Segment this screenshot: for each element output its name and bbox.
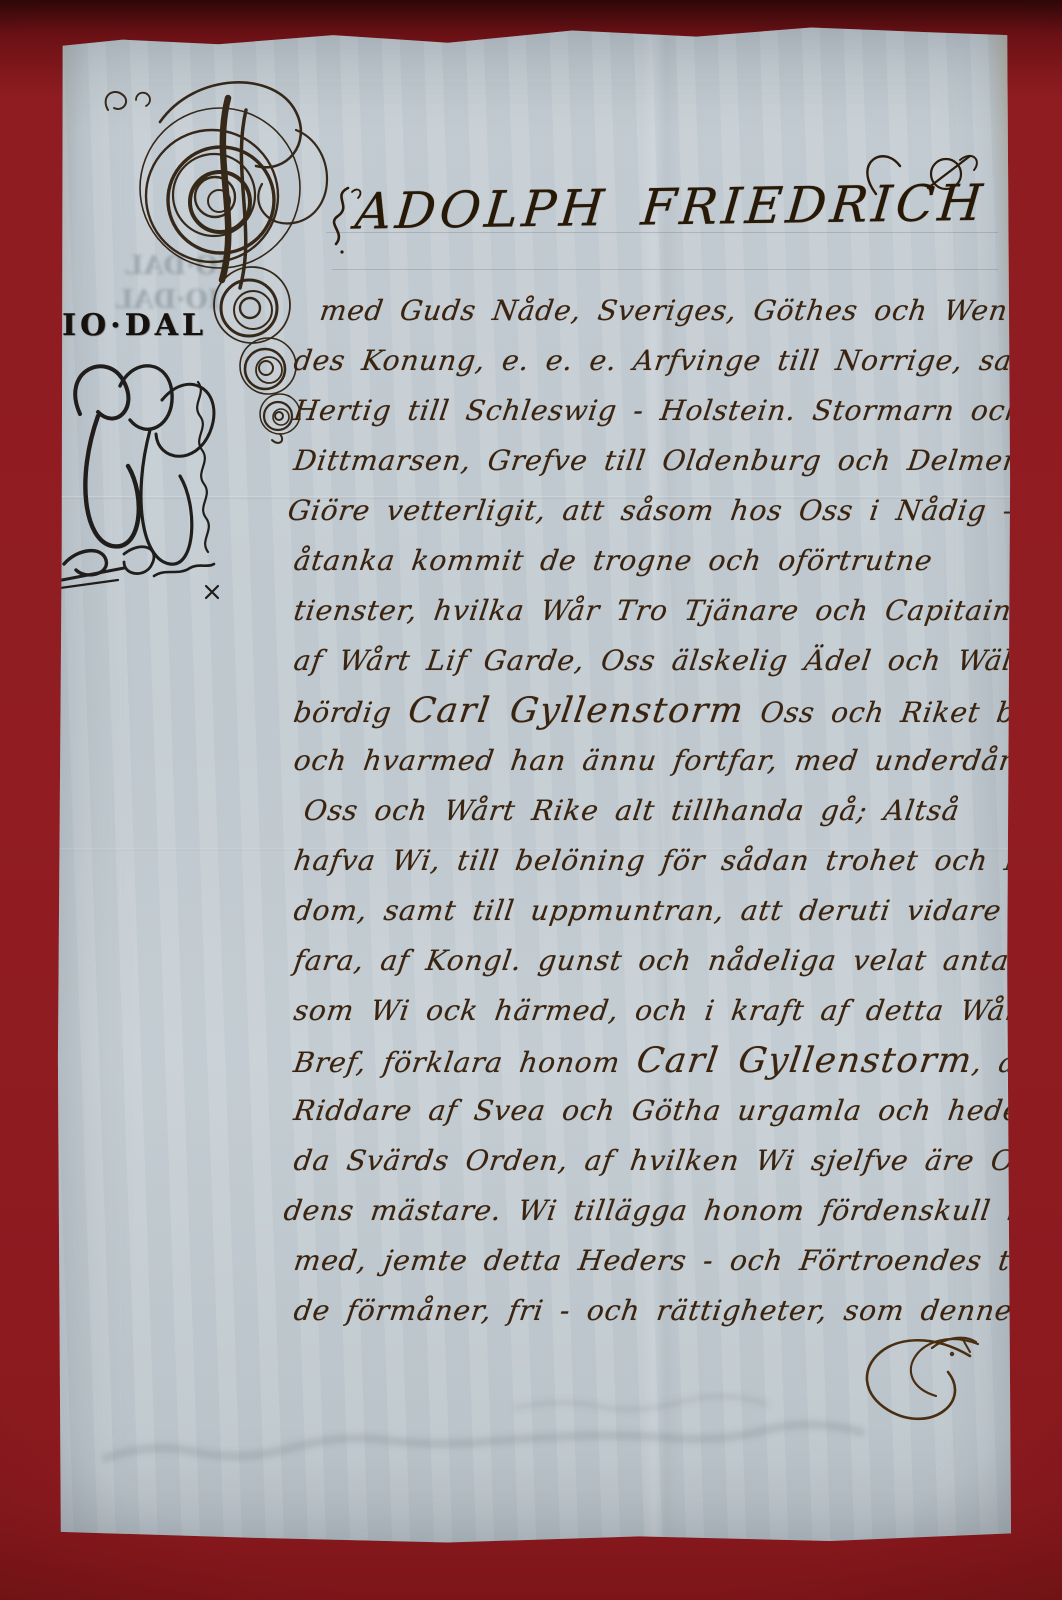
manuscript-line: med, jemte detta Heders - och Förtroende… [290, 1236, 1013, 1286]
manuscript-line: Riddare af Svea och Götha urgamla och he… [290, 1086, 1013, 1136]
manuscript-line: da Svärds Orden, af hvilken Wi sjelfve ä… [290, 1136, 1013, 1186]
manuscript-line: som Wi ock härmed, och i kraft af detta … [290, 986, 1013, 1036]
photograph-backdrop: IO·DAL IO·DAL [0, 0, 1062, 1600]
revenue-stamp-value: IO·DAL [62, 308, 207, 343]
recipient-name: Carl Gyllenstorm [406, 691, 747, 731]
bleed-through-writing-ghost [86, 1376, 986, 1506]
manuscript-text: som Wi ock härmed, och i kraft af detta … [292, 994, 1062, 1027]
document-title: ADOLPH FRIEDRICH [353, 173, 1019, 240]
manuscript-line: dom, samt till uppmuntran, att deruti vi… [290, 886, 1013, 936]
manuscript-text: fara, af Kongl. gunst och nådeliga velat… [292, 944, 1048, 977]
manuscript-line: Dittmarsen, Grefve till Oldenburg och De… [290, 436, 1013, 486]
manuscript-text: bördig [291, 696, 410, 729]
manuscript-text: Oss och Wårt Rike alt tillhanda gå; Alts… [302, 794, 962, 827]
manuscript-text: des Konung, e. e. e. Arfvinge till Norri… [292, 344, 1054, 377]
stamp-monogram-flourish-icon [58, 348, 268, 610]
recipient-name: Carl Gyllenstorm [634, 1041, 975, 1081]
manuscript-line: af Wårt Lif Garde, Oss älskelig Ädel och… [290, 636, 1013, 686]
manuscript-line: Hertig till Schleswig - Holstein. Storma… [290, 386, 1013, 436]
manuscript-line: tienster, hvilka Wår Tro Tjänare och Cap… [290, 586, 1013, 636]
manuscript-line: des Konung, e. e. e. Arfvinge till Norri… [290, 336, 1013, 386]
manuscript-text: de förmåner, fri - och rättigheter, som … [292, 1294, 1062, 1327]
manuscript-text: Bref, förklara honom [291, 1046, 639, 1079]
manuscript-line: Oss och Wårt Rike alt tillhanda gå; Alts… [290, 786, 1013, 836]
manuscript-line: Giöre vetterligit, att såsom hos Oss i N… [290, 486, 1013, 536]
manuscript-text: med, jemte detta Heders - och Förtroende… [292, 1244, 1062, 1277]
manuscript-text: åtanka kommit de trogne och oförtrutne [292, 544, 935, 577]
manuscript-line: Bref, förklara honom Carl Gyllenstorm, a… [290, 1036, 1013, 1086]
manuscript-body: med Guds Nåde, Sveriges, Göthes och Wend… [294, 286, 1010, 1336]
manuscript-text: da Svärds Orden, af hvilken Wi sjelfve ä… [292, 1144, 1060, 1177]
manuscript-line: hafva Wi, till belöning för sådan trohet… [290, 836, 1013, 886]
manuscript-text: Giöre vetterligit, att såsom hos Oss i N… [286, 494, 1035, 527]
manuscript-text: med Guds Nåde, Sveriges, Göthes och Wen [318, 294, 1010, 327]
manuscript-text: och hvarmed han ännu fortfar, med underd… [292, 744, 1062, 777]
manuscript-text: tienster, hvilka Wår Tro Tjänare och Cap… [292, 594, 1014, 627]
manuscript-line: fara, af Kongl. gunst och nådeliga velat… [290, 936, 1013, 986]
manuscript-text: dens mästare. Wi tillägga honom fördensk… [282, 1194, 1060, 1227]
manuscript-line: åtanka kommit de trogne och oförtrutne [290, 536, 1013, 586]
manuscript-text: hafva Wi, till belöning för sådan trohet… [292, 844, 1062, 877]
manuscript-line: med Guds Nåde, Sveriges, Göthes och Wen [290, 286, 1013, 336]
svg-text:IO·DAL: IO·DAL [125, 251, 230, 281]
manuscript-text: , att wara [970, 1046, 1062, 1079]
manuscript-text: Hertig till Schleswig - Holstein. Storma… [292, 394, 1062, 427]
manuscript-text: dom, samt till uppmuntran, att deruti vi… [292, 894, 1062, 927]
manuscript-line: de förmåner, fri - och rättigheter, som … [290, 1286, 1013, 1336]
manuscript-line: dens mästare. Wi tillägga honom fördensk… [290, 1186, 1013, 1236]
manuscript-line: bördig Carl Gyllenstorm Oss och Riket be… [290, 686, 1013, 736]
manuscript-paper: IO·DAL IO·DAL [56, 26, 1012, 1544]
manuscript-text: Dittmarsen, Grefve till Oldenburg och De… [292, 444, 1062, 477]
manuscript-line: och hvarmed han ännu fortfar, med underd… [290, 736, 1013, 786]
manuscript-text: Oss och Riket bevist, [742, 696, 1062, 729]
manuscript-text: af Wårt Lif Garde, Oss älskelig Ädel och… [292, 644, 1015, 677]
ruled-guideline [332, 269, 998, 270]
manuscript-text: Riddare af Svea och Götha urgamla och he… [292, 1094, 1062, 1127]
